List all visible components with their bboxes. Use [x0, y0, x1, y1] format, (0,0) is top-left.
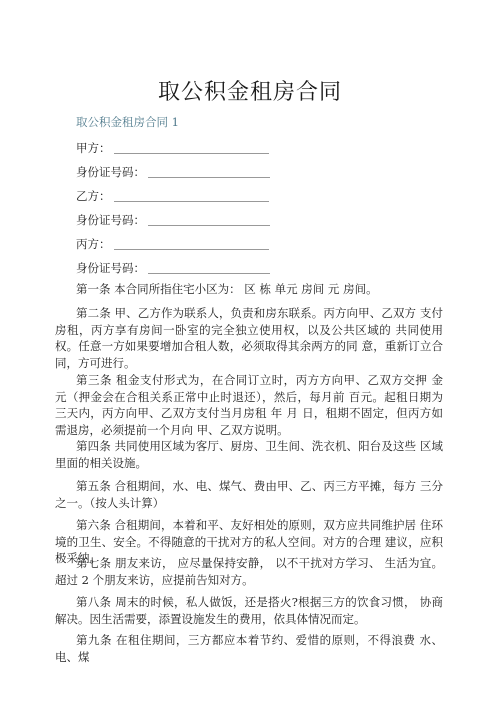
party-b-id-blank-line — [148, 225, 270, 226]
party-c-label: 丙方： — [76, 236, 111, 252]
clause-3: 第三条 租金支付形式为，在合同订立时，丙方方向甲、乙双方交押 金 元（押金会在合… — [55, 372, 443, 438]
party-b-id-field: 身份证号码： — [76, 212, 270, 228]
document-page: 取公积金租房合同 取公积金租房合同 1 甲方： 身份证号码： 乙方： 身份证号码… — [0, 0, 500, 707]
party-b-field: 乙方： — [76, 188, 269, 204]
party-c-id-label: 身份证号码： — [76, 260, 145, 276]
clause-9: 第九条 在租住期间，三方都应本着节约、爱惜的原则，不得浪费 水、电、煤 — [55, 632, 443, 665]
party-b-label: 乙方： — [76, 188, 111, 204]
clause-1: 第一条 本合同所指住宅小区为： 区 栋 单元 房间 元 房间。 — [55, 281, 443, 298]
party-a-field: 甲方： — [76, 140, 269, 156]
party-a-id-field: 身份证号码： — [76, 164, 270, 180]
party-b-id-label: 身份证号码： — [76, 212, 145, 228]
party-a-label: 甲方： — [76, 140, 111, 156]
clause-2: 第二条 甲、乙方作为联系人，负责和房东联系。丙方向甲、乙双方 支付房租，丙方享有… — [55, 305, 443, 371]
clause-5: 第五条 合租期间，水、电、煤气、费由甲、乙、丙三方平摊，每方 三分之一。（按人头… — [55, 478, 443, 511]
document-subtitle: 取公积金租房合同 1 — [76, 114, 179, 130]
party-a-id-blank-line — [148, 177, 270, 178]
party-c-id-field: 身份证号码： — [76, 260, 270, 276]
document-title: 取公积金租房合同 — [0, 75, 500, 106]
clause-7: 第七条 朋友来访， 应尽量保持安静， 以不干扰对方学习、 生活为宜。超过 2 个… — [55, 555, 443, 588]
clause-4: 第四条 共同使用区域为客厅、厨房、卫生间、洗衣机、阳台及这些 区域里面的相关设施… — [55, 438, 443, 471]
party-c-id-blank-line — [148, 273, 270, 274]
party-a-id-label: 身份证号码： — [76, 164, 145, 180]
clause-8: 第八条 周末的时候，私人做饭，还是搭火?根据三方的饮食习惯， 协商解决。因生活需… — [55, 594, 443, 627]
party-c-blank-line — [114, 249, 269, 250]
party-b-blank-line — [114, 201, 269, 202]
party-a-blank-line — [114, 153, 269, 154]
party-c-field: 丙方： — [76, 236, 269, 252]
